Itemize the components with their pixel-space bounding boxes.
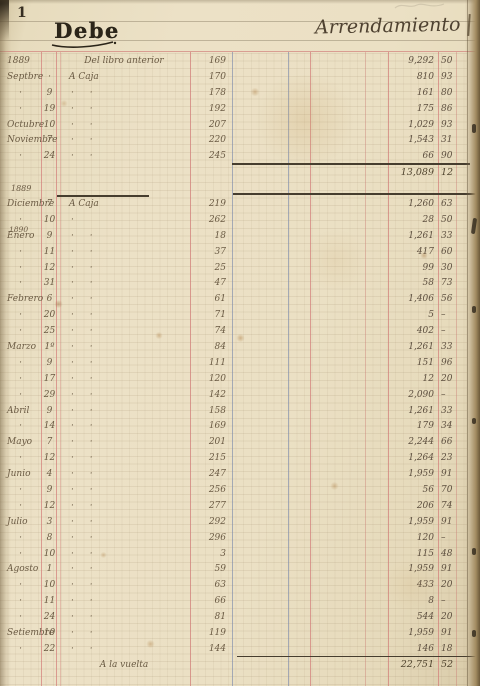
cell-amount: 179	[388, 421, 438, 431]
cell-amount: 146	[388, 644, 438, 654]
ledger-rows: 1889Del libro anterior1699,29250Septbre·…	[0, 53, 480, 673]
cell-desc: · ·	[58, 358, 190, 368]
ledger-row: Setiembre10· ·1191,95991	[0, 625, 480, 641]
cell-desc: · ·	[58, 390, 190, 400]
cell-day: 4	[41, 469, 58, 479]
cell-cents: 90	[438, 151, 458, 161]
cell-amount: 175	[388, 104, 438, 114]
cell-cents: 34	[438, 421, 458, 431]
cell-month: ·	[0, 612, 41, 622]
cell-day: 1	[41, 564, 58, 574]
cell-folio: 71	[190, 310, 232, 320]
cell-cents: 56	[438, 294, 458, 304]
ledger-row: Marzo1º· ·841,26133	[0, 339, 480, 355]
cell-amount: 1,959	[388, 564, 438, 574]
cell-day: 24	[41, 151, 58, 161]
cell-day: 10	[41, 580, 58, 590]
ledger-page-scan: { "page": { "number": "1" }, "header": {…	[0, 0, 480, 686]
cell-day: 6	[41, 294, 58, 304]
cell-desc: · ·	[58, 469, 190, 479]
cell-desc: · ·	[58, 294, 190, 304]
cell-month: Setiembre	[0, 628, 41, 638]
cell-folio: 74	[190, 326, 232, 336]
cell-folio: 170	[190, 72, 232, 82]
cell-desc: · ·	[58, 549, 190, 559]
cell-day: 12	[41, 263, 58, 273]
cell-folio: 142	[190, 390, 232, 400]
cell-desc: · ·	[58, 501, 190, 511]
cell-desc: A Caja	[58, 72, 190, 82]
ledger-row: ·11· ·3741760	[0, 244, 480, 260]
top-left-corner-shadow	[0, 0, 9, 40]
cell-folio: 37	[190, 247, 232, 257]
cell-amount: 5	[388, 310, 438, 320]
cell-desc: · ·	[58, 453, 190, 463]
cell-month: 1889	[0, 184, 41, 193]
ledger-row: Julio3· ·2921,95991	[0, 514, 480, 530]
right-page-edge-line	[467, 0, 469, 686]
cell-cents: –	[438, 596, 458, 606]
ledger-row: Abril9· ·1581,26133	[0, 403, 480, 419]
cell-cents: 50	[438, 56, 458, 66]
cell-cents: 20	[438, 580, 458, 590]
cell-amount: 151	[388, 358, 438, 368]
cell-day: 24	[41, 612, 58, 622]
cell-desc: · ·	[58, 533, 190, 543]
cell-desc: · ·	[58, 135, 190, 145]
cell-folio: 219	[190, 199, 232, 209]
cell-amount: 161	[388, 88, 438, 98]
cell-month: ·	[0, 580, 41, 590]
cell-day: 10	[41, 215, 58, 225]
cell-cents: 48	[438, 549, 458, 559]
cell-amount: 1,261	[388, 231, 438, 241]
cell-desc: Del libro anterior	[58, 56, 190, 66]
cell-day: 3	[41, 517, 58, 527]
ledger-row: 1890Enero9· ·181,26133	[0, 228, 480, 244]
cell-day: 9	[41, 358, 58, 368]
cell-month: Noviembre	[0, 135, 41, 145]
cell-amount: 1,029	[388, 120, 438, 130]
cell-folio: 192	[190, 104, 232, 114]
cell-folio: 245	[190, 151, 232, 161]
cell-amount: 66	[388, 151, 438, 161]
cell-amount: 13,089	[388, 167, 438, 178]
cell-folio: 247	[190, 469, 232, 479]
cell-month: ·	[0, 88, 41, 98]
cell-cents: 91	[438, 564, 458, 574]
cell-folio: 63	[190, 580, 232, 590]
cell-desc: · ·	[58, 437, 190, 447]
page-number: 1	[17, 5, 27, 21]
cell-cents: 31	[438, 135, 458, 145]
cell-cents: 50	[438, 215, 458, 225]
cell-amount: 2,244	[388, 437, 438, 447]
cell-folio: 158	[190, 406, 232, 416]
cell-cents: 91	[438, 469, 458, 479]
cell-folio: 25	[190, 263, 232, 273]
cell-folio: 262	[190, 215, 232, 225]
cell-day: 10	[41, 549, 58, 559]
cell-month: Abril	[0, 406, 41, 416]
ledger-row: A la vuelta22,75152	[0, 657, 480, 673]
cell-desc: · ·	[58, 374, 190, 384]
binding-stitch-mark	[472, 306, 476, 313]
cell-amount: 8	[388, 596, 438, 606]
cell-folio: 292	[190, 517, 232, 527]
cell-month: ·	[0, 310, 41, 320]
cell-desc: · ·	[58, 628, 190, 638]
cell-amount: 206	[388, 501, 438, 511]
cell-folio: 120	[190, 374, 232, 384]
cell-amount: 58	[388, 278, 438, 288]
cell-cents: –	[438, 533, 458, 543]
cell-amount: 120	[388, 533, 438, 543]
cell-folio: 81	[190, 612, 232, 622]
ledger-row: ·11· ·668–	[0, 593, 480, 609]
ledger-row: ·22· ·14414618	[0, 641, 480, 657]
ledger-row: ·12· ·259930	[0, 260, 480, 276]
ledger-row: Agosto1· ·591,95991	[0, 562, 480, 578]
cell-cents: 23	[438, 453, 458, 463]
ledger-row: ·10·2622850	[0, 212, 480, 228]
cell-amount: 115	[388, 549, 438, 559]
cell-folio: 169	[190, 56, 232, 66]
cell-day: 25	[41, 326, 58, 336]
ledger-row: ·17· ·1201220	[0, 371, 480, 387]
binding-stitch-mark	[472, 630, 476, 637]
cell-day: 31	[41, 278, 58, 288]
ledger-row: ·24· ·8154420	[0, 609, 480, 625]
cell-folio: 201	[190, 437, 232, 447]
cell-month: ·	[0, 596, 41, 606]
cell-amount: 12	[388, 374, 438, 384]
cell-desc: A Caja	[58, 199, 190, 209]
cell-month: Agosto	[0, 564, 41, 574]
cell-cents: 60	[438, 247, 458, 257]
cell-desc: · ·	[58, 342, 190, 352]
cell-cents: 93	[438, 72, 458, 82]
ledger-row: Febrero6· ·611,40656	[0, 291, 480, 307]
cell-amount: 1,261	[388, 406, 438, 416]
cell-folio: 207	[190, 120, 232, 130]
cell-desc: · ·	[58, 421, 190, 431]
cell-cents: 20	[438, 374, 458, 384]
cell-day: 12	[41, 501, 58, 511]
cell-amount: 417	[388, 247, 438, 257]
cell-amount: 402	[388, 326, 438, 336]
cell-day: 8	[41, 533, 58, 543]
cell-day: 1º	[41, 342, 58, 352]
ledger-row: ·25· ·74402–	[0, 323, 480, 339]
cell-month: Marzo	[0, 342, 41, 352]
cell-amount: 1,261	[388, 342, 438, 352]
ledger-row: ·29· ·1422,090–	[0, 387, 480, 403]
cell-desc: · ·	[58, 517, 190, 527]
cell-month: ·	[0, 326, 41, 336]
cell-cents: 80	[438, 88, 458, 98]
ledger-row: ·9· ·11115196	[0, 355, 480, 371]
cell-month: Febrero	[0, 294, 41, 304]
cell-month: 1889	[0, 56, 41, 66]
cell-folio: 111	[190, 358, 232, 368]
cell-amount: 1,959	[388, 517, 438, 527]
debe-underline-flourish	[51, 41, 117, 49]
cell-month: ·	[0, 533, 41, 543]
cell-cents: 12	[438, 167, 458, 178]
binding-stitch-mark	[472, 548, 476, 555]
cell-folio: 3	[190, 549, 232, 559]
cell-desc: · ·	[58, 231, 190, 241]
cell-month: ·	[0, 278, 41, 288]
cell-desc: · ·	[58, 88, 190, 98]
cell-cents: 96	[438, 358, 458, 368]
cell-amount: 1,959	[388, 469, 438, 479]
cell-day: 9	[41, 88, 58, 98]
cell-folio: 61	[190, 294, 232, 304]
cell-desc: · ·	[58, 310, 190, 320]
cell-folio: 119	[190, 628, 232, 638]
cell-folio: 178	[190, 88, 232, 98]
cell-cents: –	[438, 310, 458, 320]
ledger-row: ·9· ·17816180	[0, 85, 480, 101]
cell-month: ·	[0, 104, 41, 114]
cell-month: ·	[0, 421, 41, 431]
ledger-row: Octubre10· ·2071,02993	[0, 117, 480, 133]
cell-folio: 220	[190, 135, 232, 145]
cell-day: 17	[41, 374, 58, 384]
year-note: 1890	[9, 225, 28, 234]
cell-day: 9	[41, 485, 58, 495]
ledger-row: Mayo7· ·2012,24466	[0, 434, 480, 450]
cell-cents: –	[438, 390, 458, 400]
cell-amount: 1,260	[388, 199, 438, 209]
cell-cents: 86	[438, 104, 458, 114]
cell-amount: 28	[388, 215, 438, 225]
cell-day: 9	[41, 406, 58, 416]
cell-month: Octubre	[0, 120, 41, 130]
cell-folio: 256	[190, 485, 232, 495]
cell-cents: 52	[438, 659, 458, 670]
cell-desc: · ·	[58, 151, 190, 161]
cell-month: Julio	[0, 517, 41, 527]
ledger-row: ·24· ·2456690	[0, 148, 480, 164]
cell-desc: · ·	[58, 263, 190, 273]
ledger-row: ·8· ·296120–	[0, 530, 480, 546]
cell-amount: 810	[388, 72, 438, 82]
cell-month: ·	[0, 644, 41, 654]
ledger-row: ·12· ·2151,26423	[0, 450, 480, 466]
cell-folio: 169	[190, 421, 232, 431]
cell-month: ·	[0, 151, 41, 161]
cell-month: Diciembre	[0, 199, 41, 209]
cell-cents: 30	[438, 263, 458, 273]
cell-month: ·	[0, 453, 41, 463]
cell-desc: · ·	[58, 485, 190, 495]
cell-cents: 66	[438, 437, 458, 447]
cell-desc: · ·	[58, 326, 190, 336]
cell-month: Mayo	[0, 437, 41, 447]
cell-month: ·	[0, 374, 41, 384]
cell-amount: 544	[388, 612, 438, 622]
page-title-debe: Debe	[54, 18, 120, 43]
cell-month: 1890Enero	[0, 231, 41, 241]
cell-amount: 1,959	[388, 628, 438, 638]
cell-cents: 74	[438, 501, 458, 511]
cell-day: 20	[41, 310, 58, 320]
cell-cents: 33	[438, 231, 458, 241]
cell-cents: 20	[438, 612, 458, 622]
cell-amount: 56	[388, 485, 438, 495]
cell-cents: 70	[438, 485, 458, 495]
cell-month: ·	[0, 247, 41, 257]
cell-desc: ·	[58, 215, 190, 225]
ledger-row: Diciembre7A Caja2191,26063	[0, 196, 480, 212]
cell-day: 9	[41, 231, 58, 241]
ledger-row: Junio4· ·2471,95991	[0, 466, 480, 482]
cell-folio: 296	[190, 533, 232, 543]
ledger-row: ·10· ·6343320	[0, 577, 480, 593]
cell-day: 22	[41, 644, 58, 654]
cell-cents: 33	[438, 406, 458, 416]
ledger-row: ·20· ·715–	[0, 307, 480, 323]
cell-desc: · ·	[58, 120, 190, 130]
cell-amount: 22,751	[388, 659, 438, 670]
ledger-row: 1889Del libro anterior1699,29250	[0, 53, 480, 69]
ledger-row: 13,08912	[0, 164, 480, 180]
ledger-row: ·19· ·19217586	[0, 101, 480, 117]
cell-desc: · ·	[58, 596, 190, 606]
cell-desc: · ·	[58, 644, 190, 654]
cell-month: ·	[0, 215, 41, 225]
cell-cents: 91	[438, 628, 458, 638]
cell-folio: 215	[190, 453, 232, 463]
ledger-row: 1889	[0, 180, 480, 196]
ledger-row: ·10· ·311548	[0, 546, 480, 562]
cell-month: ·	[0, 485, 41, 495]
ledger-row: ·14· ·16917934	[0, 418, 480, 434]
cell-desc: · ·	[58, 278, 190, 288]
binding-stitch-mark	[472, 124, 476, 133]
cell-day: 29	[41, 390, 58, 400]
cell-month: ·	[0, 549, 41, 559]
cell-folio: 84	[190, 342, 232, 352]
ledger-row: Septbre·A Caja17081093	[0, 69, 480, 85]
cell-folio: 277	[190, 501, 232, 511]
cell-month: ·	[0, 501, 41, 511]
binding-stitch-mark	[472, 418, 476, 424]
cell-desc: · ·	[58, 564, 190, 574]
cell-day: ·	[41, 72, 58, 82]
cell-day: 11	[41, 247, 58, 257]
cell-cents: 33	[438, 342, 458, 352]
cell-cents: 93	[438, 120, 458, 130]
cell-desc: A la vuelta	[58, 660, 190, 670]
ledger-row: Noviembre7· ·2201,54331	[0, 132, 480, 148]
cell-month: ·	[0, 390, 41, 400]
cell-desc: · ·	[58, 612, 190, 622]
cell-cents: 73	[438, 278, 458, 288]
cell-folio: 144	[190, 644, 232, 654]
cell-amount: 1,406	[388, 294, 438, 304]
ledger-row: ·9· ·2565670	[0, 482, 480, 498]
cell-amount: 433	[388, 580, 438, 590]
ledger-row: ·12· ·27720674	[0, 498, 480, 514]
cell-day: 11	[41, 596, 58, 606]
cell-day: 14	[41, 421, 58, 431]
cell-amount: 2,090	[388, 390, 438, 400]
cell-month: Septbre	[0, 72, 41, 82]
cell-amount: 99	[388, 263, 438, 273]
cell-day: 7	[41, 437, 58, 447]
ledger-row: ·31· ·475873	[0, 275, 480, 291]
cell-amount: 9,292	[388, 56, 438, 66]
cell-cents: 18	[438, 644, 458, 654]
cell-amount: 1,264	[388, 453, 438, 463]
cell-desc: · ·	[58, 104, 190, 114]
cell-folio: 18	[190, 231, 232, 241]
cell-folio: 59	[190, 564, 232, 574]
cell-amount: 1,543	[388, 135, 438, 145]
cell-desc: · ·	[58, 580, 190, 590]
pencil-scribble-decoration	[394, 1, 446, 11]
cell-month: ·	[0, 358, 41, 368]
page-title-arrendamiento: Arrendamiento	[315, 13, 461, 38]
cell-day: 19	[41, 104, 58, 114]
cell-cents: 63	[438, 199, 458, 209]
cell-cents: –	[438, 326, 458, 336]
cell-folio: 47	[190, 278, 232, 288]
cell-folio: 66	[190, 596, 232, 606]
cell-desc: · ·	[58, 247, 190, 257]
cell-cents: 91	[438, 517, 458, 527]
cell-day: 12	[41, 453, 58, 463]
cell-desc: · ·	[58, 406, 190, 416]
cell-month: Junio	[0, 469, 41, 479]
cell-month: ·	[0, 263, 41, 273]
